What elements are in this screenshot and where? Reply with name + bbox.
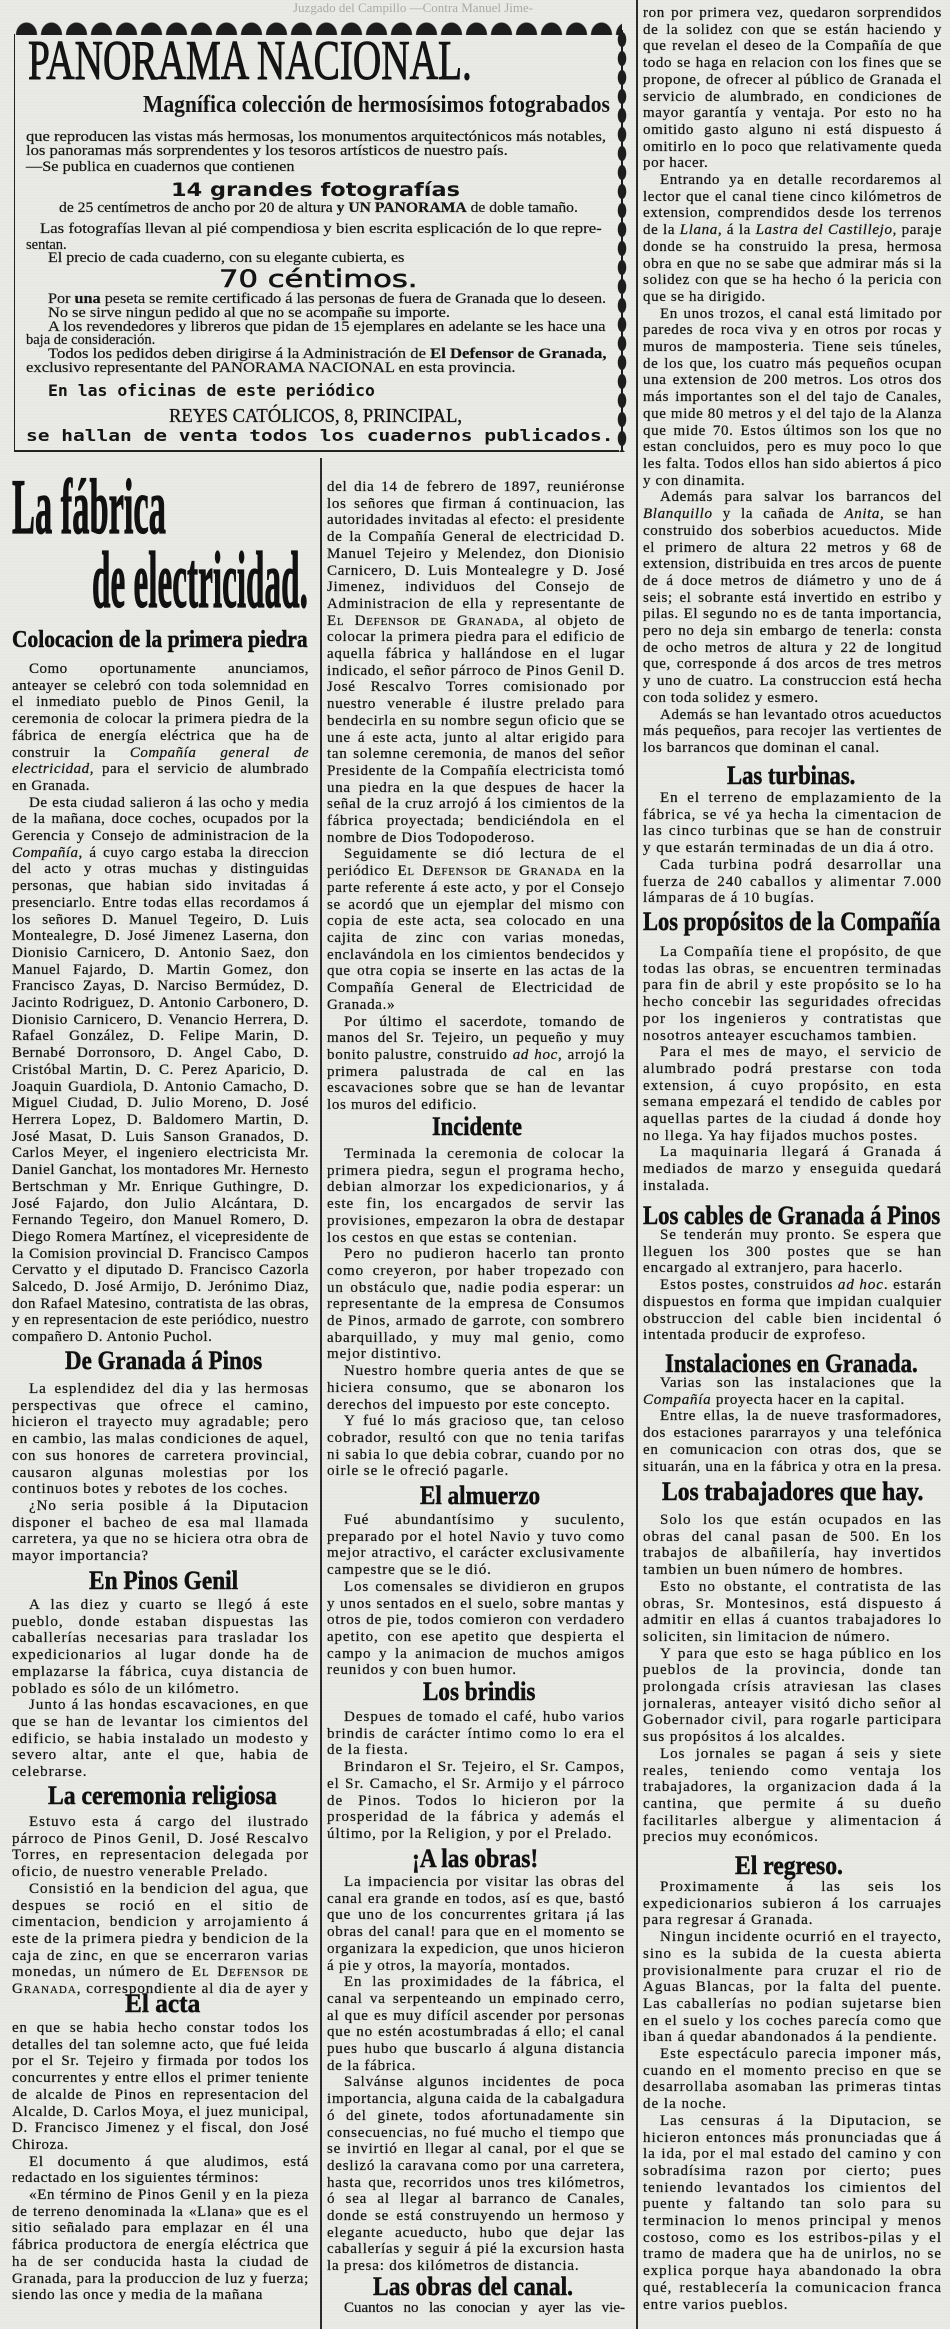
paragraph: Solo los que están ocupados en las obras… [643, 1512, 942, 1579]
italic-text: Compañía general de electricidad [12, 745, 309, 778]
paragraph: Esto no obstante, el contratista de las … [643, 1579, 942, 1646]
section-body: La impaciencia por visitar las obras del… [327, 1874, 625, 2277]
section-heading: Las obras del canal. [373, 2274, 573, 2300]
section-heading: El regreso. [735, 1853, 843, 1879]
paragraph: Junto á las hondas escavaciones, en que … [12, 1697, 309, 1781]
paragraph: del dia 14 de febrero de 1897, reuniéron… [327, 479, 625, 846]
paragraph: Además se han levantado otros acueductos… [643, 707, 942, 757]
section-heading: Los cables de Granada á Pinos [643, 1203, 940, 1229]
section-heading: Las turbinas. [727, 763, 855, 789]
paragraph: La maquinaria llegará á Granada á mediad… [643, 1144, 942, 1194]
italic-text: Lastra del Castillejo [756, 222, 893, 238]
section-body: en que se habia hecho constar todos los … [12, 2020, 309, 2310]
section-body: Proximamente á las seis los expedicionar… [643, 1879, 942, 2319]
section-heading: En Pinos Genil [89, 1568, 238, 1594]
ad-subtitle: Magnífica colección de hermosísimos foto… [143, 93, 610, 117]
paragraph: Estos postes, construidos ad hoc. estará… [643, 1277, 942, 1344]
section-heading: Los brindis [423, 1679, 535, 1705]
paragraph: Pero no pudieron hacerlo tan pronto como… [327, 1246, 625, 1363]
ad-dimensions-line: de 25 centímetros de ancho por 20 de alt… [59, 201, 578, 216]
paragraph: Despues de tomado el café, hubo varios b… [327, 1709, 625, 1759]
paragraph: Brindaron el Sr. Tejeiro, el Sr. Campos,… [327, 1759, 625, 1843]
paragraph: Cuantos no las conocian y ayer las vie- [327, 2300, 625, 2317]
paragraph: Entre ellas, la de nueve trasformadores,… [643, 1408, 942, 1475]
paragraph: Salvánse algunos incidentes de poca impo… [327, 2074, 625, 2274]
small-caps-text: El Defensor de Granada [398, 863, 582, 879]
paragraph: De esta ciudad salieron á las ocho y med… [12, 795, 309, 1346]
italic-text: Llana [680, 222, 718, 238]
section-heading: De Granada á Pinos [65, 1348, 262, 1374]
paragraph: La esplendidez del dia y las hermosas pe… [12, 1381, 309, 1498]
paragraph: Estuvo esta á cargo del ilustrado párroc… [12, 1814, 309, 1881]
paragraph: Como oportunamente anunciamos, anteayer … [12, 661, 309, 795]
section-body: Estuvo esta á cargo del ilustrado párroc… [12, 1814, 309, 2000]
ad-price: 70 céntimos. [219, 267, 418, 291]
section-heading: El acta [125, 1991, 200, 2017]
italic-text: ad hoc [513, 1047, 558, 1063]
section-heading: El almuerzo [420, 1483, 540, 1509]
paragraph: Por último el sacerdote, tomando de mano… [327, 1014, 625, 1114]
italic-text: Compañía [643, 1392, 711, 1408]
ad-count-banner: 14 grandes fotografías [171, 181, 460, 200]
article-headline-line2: de electricidad. [92, 541, 308, 621]
paragraph: «En término de Pinos Genil y en la pieza… [12, 2187, 309, 2304]
paragraph: A las diez y cuarto se llegó á este pueb… [12, 1597, 309, 1697]
ad-sale-line: se hallan de venta todos los cuadernos p… [26, 428, 614, 444]
section-body: Terminada la ceremonia de colocar la pri… [327, 1146, 625, 1482]
shell-border-ornament [617, 30, 627, 452]
paragraph: Para el mes de mayo, el servicio de alum… [643, 1044, 942, 1144]
bold-text: y UN PANORAMA [337, 200, 467, 216]
section-body: En el terreno de emplazamiento de la fáb… [643, 790, 942, 909]
paragraph: Seguidamente se dió lectura de el periód… [327, 846, 625, 1013]
paragraph: Terminada la ceremonia de colocar la pri… [327, 1146, 625, 1246]
ad-address: REYES CATÓLICOS, 8, PRINCIPAL, [169, 407, 462, 427]
section-body: Se tenderán muy pronto. Se espera que ll… [643, 1227, 942, 1346]
section-body: ron por primera vez, quedaron sorprendid… [643, 5, 942, 759]
italic-text: Compañía [12, 845, 79, 861]
section-heading: Incidente [432, 1114, 522, 1140]
section-heading: La ceremonia religiosa [48, 1783, 277, 1809]
ad-orders-line: exclusivo representante del PANORAMA NAC… [26, 361, 516, 376]
section-body: del dia 14 de febrero de 1897, reuniéron… [327, 479, 625, 1116]
paragraph: En el terreno de emplazamiento de la fáb… [643, 790, 942, 857]
paragraph: Cada turbina podrá desarrollar una fuerz… [643, 857, 942, 907]
paragraph: Proximamente á las seis los expedicionar… [643, 1879, 942, 1929]
section-heading: Los propósitos de la Compañía [643, 909, 940, 935]
section-body: Fué abundantísimo y suculento, preparado… [327, 1512, 625, 1681]
paragraph: ¿No seria posible á la Diputacion dispon… [12, 1498, 309, 1565]
paragraph: La impaciencia por visitar las obras del… [327, 1874, 625, 1974]
paragraph: Se tenderán muy pronto. Se espera que ll… [643, 1227, 942, 1277]
section-body: Como oportunamente anunciamos, anteayer … [12, 661, 309, 1348]
ad-title: PANORAMA NACIONAL. [28, 33, 472, 89]
paragraph: El documento á que aludimos, está redact… [12, 2154, 309, 2187]
paragraph: Y para que esto se haga público en los p… [643, 1646, 942, 1746]
paragraph: ron por primera vez, quedaron sorprendid… [643, 5, 942, 172]
column-rule-right [636, 0, 638, 2329]
ad-intro-line: los panoramas más sorprendentes y los te… [26, 144, 508, 159]
section-heading: ¡A las obras! [412, 1846, 538, 1872]
paragraph: Fué abundantísimo y suculento, preparado… [327, 1512, 625, 1579]
paragraph: Varias son las instalaciones que la Comp… [643, 1375, 942, 1408]
section-body: A las diez y cuarto se llegó á este pueb… [12, 1597, 309, 1783]
paragraph: Entrando ya en detalle recordaremos al l… [643, 172, 942, 306]
section-body: Despues de tomado el café, hubo varios b… [327, 1709, 625, 1845]
ad-offices-line: En las oficinas de este periódico [48, 383, 375, 399]
paragraph: Los comensales se dividieron en grupos y… [327, 1579, 625, 1679]
paragraph: En unos trozos, el canal está limitado p… [643, 306, 942, 490]
section-heading: Los trabajadores que hay. [662, 1479, 923, 1505]
ad-caption-line: Las fotografías llevan al pié compendios… [40, 222, 602, 237]
paragraph: Este espectáculo parecia imponer más, cu… [643, 2046, 942, 2113]
section-body: Varias son las instalaciones que la Comp… [643, 1375, 942, 1477]
paragraph: Y fué lo más gracioso que, tan celoso co… [327, 1413, 625, 1480]
paragraph: Nuestro hombre queria antes de que se hi… [327, 1363, 625, 1413]
article-headline-line1: La fábrica [12, 468, 166, 546]
paragraph: Las censuras á la Diputacion, se hiciero… [643, 2113, 942, 2313]
top-text-fragment: Juzgado del Campillo —Contra Manuel Jime… [293, 0, 533, 16]
newspaper-page: { "page": { "top_fragment": "Juzgado del… [0, 0, 950, 2329]
italic-text: ad hoc [838, 1277, 884, 1293]
newspaper-sheet: Juzgado del Campillo —Contra Manuel Jime… [0, 0, 950, 2329]
italic-text: Anita [844, 506, 880, 522]
section-body: Solo los que están ocupados en las obras… [643, 1512, 942, 1848]
ad-price-intro: El precio de cada cuaderno, con su elega… [48, 251, 404, 266]
paragraph: en que se habia hecho constar todos los … [12, 2020, 309, 2154]
section-body: La esplendidez del dia y las hermosas pe… [12, 1381, 309, 1567]
section-body: Cuantos no las conocian y ayer las vie- [327, 2300, 625, 2319]
paragraph: En las proximidades de la fábrica, el ca… [327, 1974, 625, 2074]
paragraph: Ningun incidente ocurrió en el trayecto,… [643, 1929, 942, 2046]
italic-text: Blanquillo [643, 506, 713, 522]
small-caps-text: El Defensor de Granada [327, 613, 520, 629]
ad-publica-line: —Se publica en cuadernos que contienen [26, 160, 295, 175]
paragraph: La Compañía tiene el propósito, de que t… [643, 944, 942, 1044]
paragraph: Consistió en la bendicion del agua, que … [12, 1881, 309, 1998]
paragraph: Además para salvar los barrancos del Bla… [643, 489, 942, 706]
paragraph: Los jornales se pagan á seis y siete rea… [643, 1746, 942, 1846]
section-body: La Compañía tiene el propósito, de que t… [643, 944, 942, 1197]
section-heading: Instalaciones en Granada. [665, 1351, 918, 1377]
section-heading: Colocacion de la primera piedra [12, 628, 308, 652]
column-rule-left [320, 458, 322, 2329]
